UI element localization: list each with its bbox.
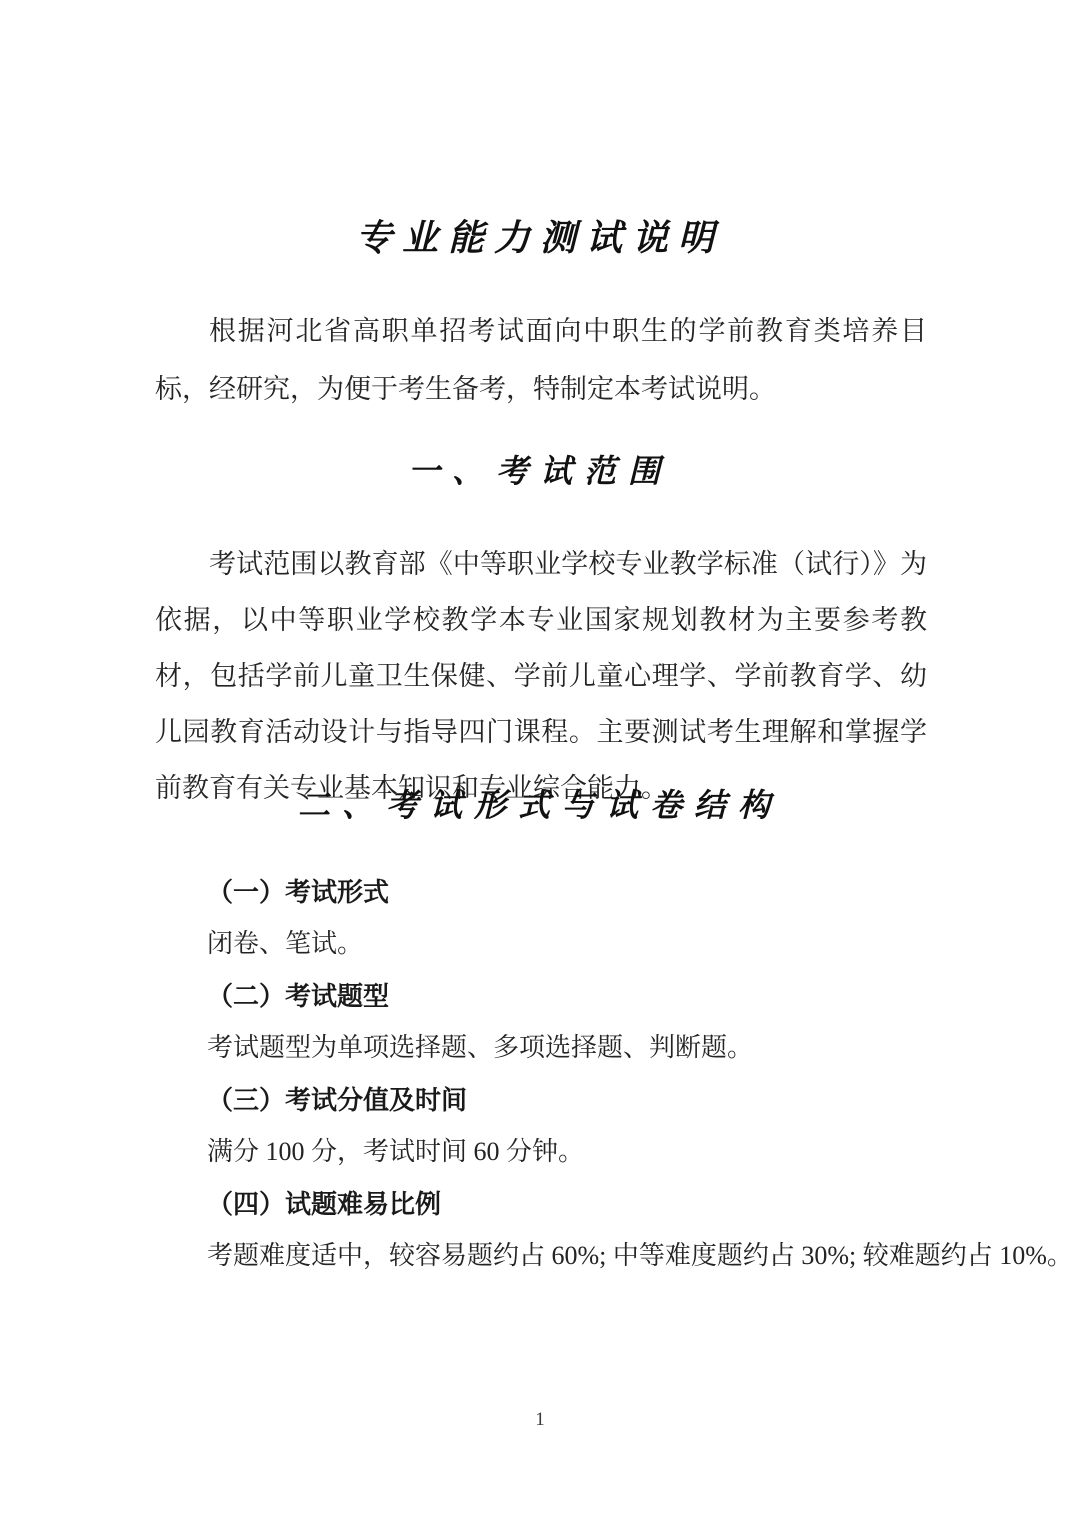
section-2-subsections: （一）考试形式 闭卷、笔试。 （二）考试题型 考试题型为单项选择题、多项选择题、… — [155, 866, 927, 1282]
subsection-4-body: 考题难度适中，较容易题约占 60%; 中等难度题约占 30%; 较难题约占 10… — [155, 1230, 927, 1282]
subsection-4-heading: （四）试题难易比例 — [155, 1178, 927, 1230]
section-2-heading: 二、考试形式与试卷结构 — [0, 786, 1080, 824]
subsection-2-body: 考试题型为单项选择题、多项选择题、判断题。 — [155, 1022, 927, 1074]
subsection-1-body: 闭卷、笔试。 — [155, 918, 927, 970]
subsection-3-body: 满分 100 分，考试时间 60 分钟。 — [155, 1126, 927, 1178]
subsection-3-heading: （三）考试分值及时间 — [155, 1074, 927, 1126]
document-title: 专业能力测试说明 — [0, 216, 1080, 260]
subsection-1-heading: （一）考试形式 — [155, 866, 927, 918]
section-1-body: 考试范围以教育部《中等职业学校专业教学标准（试行）》为依据，以中等职业学校教学本… — [155, 536, 927, 816]
intro-paragraph: 根据河北省高职单招考试面向中职生的学前教育类培养目标，经研究，为便于考生备考，特… — [155, 302, 927, 418]
subsection-2-heading: （二）考试题型 — [155, 970, 927, 1022]
section-1-heading: 一、考试范围 — [0, 452, 1080, 490]
document-page: 专业能力测试说明 根据河北省高职单招考试面向中职生的学前教育类培养目标，经研究，… — [0, 0, 1080, 1527]
page-number: 1 — [0, 1408, 1080, 1432]
